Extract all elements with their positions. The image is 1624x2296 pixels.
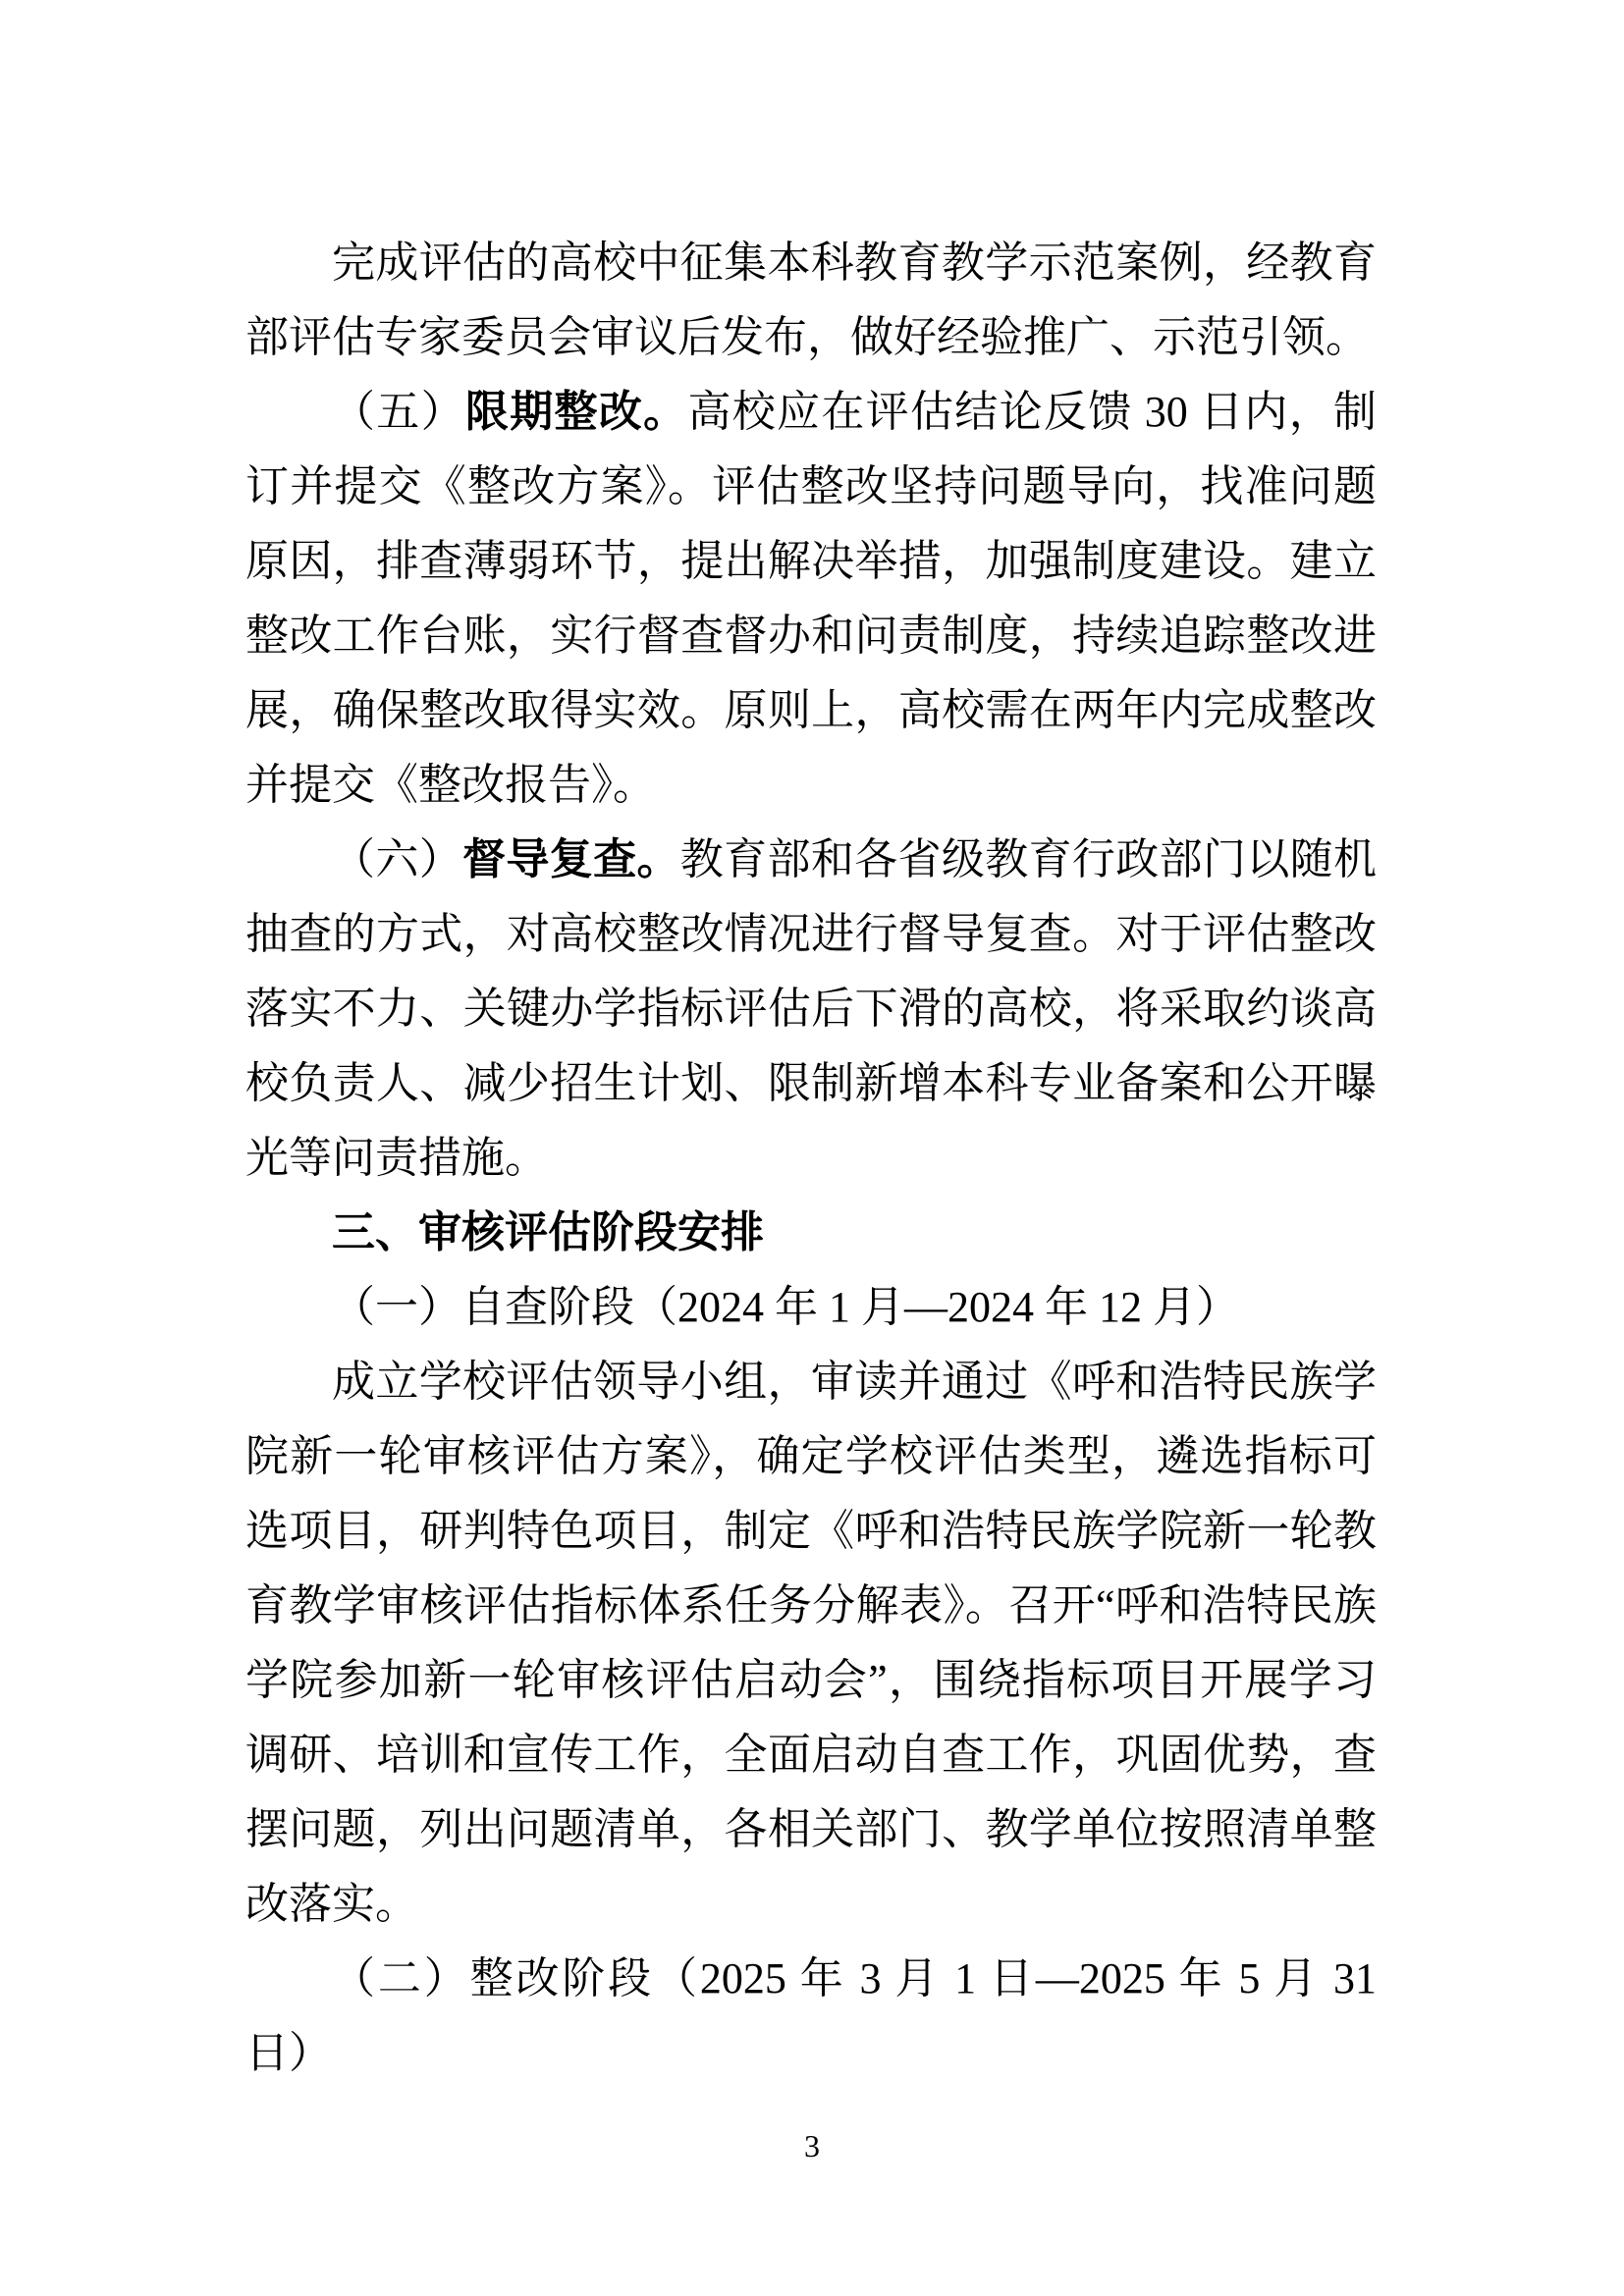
paragraph-demo-cases-continued: 完成评估的高校中征集本科教育教学示范案例，经教育部评估专家委员会审议后发布，做好… — [245, 226, 1377, 375]
paragraph-text: 教育部和各省级教育行政部门以随机抽查的方式，对高校整改情况进行督导复查。对于评估… — [245, 835, 1377, 1182]
list-item-marker: （五） — [332, 388, 465, 436]
document-body: 完成评估的高校中征集本科教育教学示范案例，经教育部评估专家委员会审议后发布，做好… — [245, 226, 1377, 2091]
section-heading-evaluation-phases: 三、审核评估阶段安排 — [245, 1196, 1377, 1270]
paragraph-supervision-review: （六）督导复查。教育部和各省级教育行政部门以随机抽查的方式，对高校整改情况进行督… — [245, 823, 1377, 1196]
page-footer: 3 — [0, 2126, 1624, 2165]
term-rectification-deadline: 限期整改。 — [465, 388, 688, 436]
page-number: 3 — [804, 2128, 820, 2163]
paragraph-rectification-deadline: （五）限期整改。高校应在评估结论反馈 30 日内，制订并提交《整改方案》。评估整… — [245, 375, 1377, 823]
paragraph-self-inspection-details: 成立学校评估领导小组，审读并通过《呼和浩特民族学院新一轮审核评估方案》，确定学校… — [245, 1345, 1377, 1942]
subheading-rectification-phase: （二）整改阶段（2025 年 3 月 1 日—2025 年 5 月 31 日） — [245, 1942, 1377, 2091]
list-item-marker: （六） — [332, 835, 462, 883]
paragraph-text: 高校应在评估结论反馈 30 日内，制订并提交《整改方案》。评估整改坚持问题导向，… — [245, 388, 1377, 809]
subheading-self-inspection-phase: （一）自查阶段（2024 年 1 月—2024 年 12 月） — [245, 1270, 1377, 1345]
term-supervision-review: 督导复查。 — [462, 835, 680, 883]
